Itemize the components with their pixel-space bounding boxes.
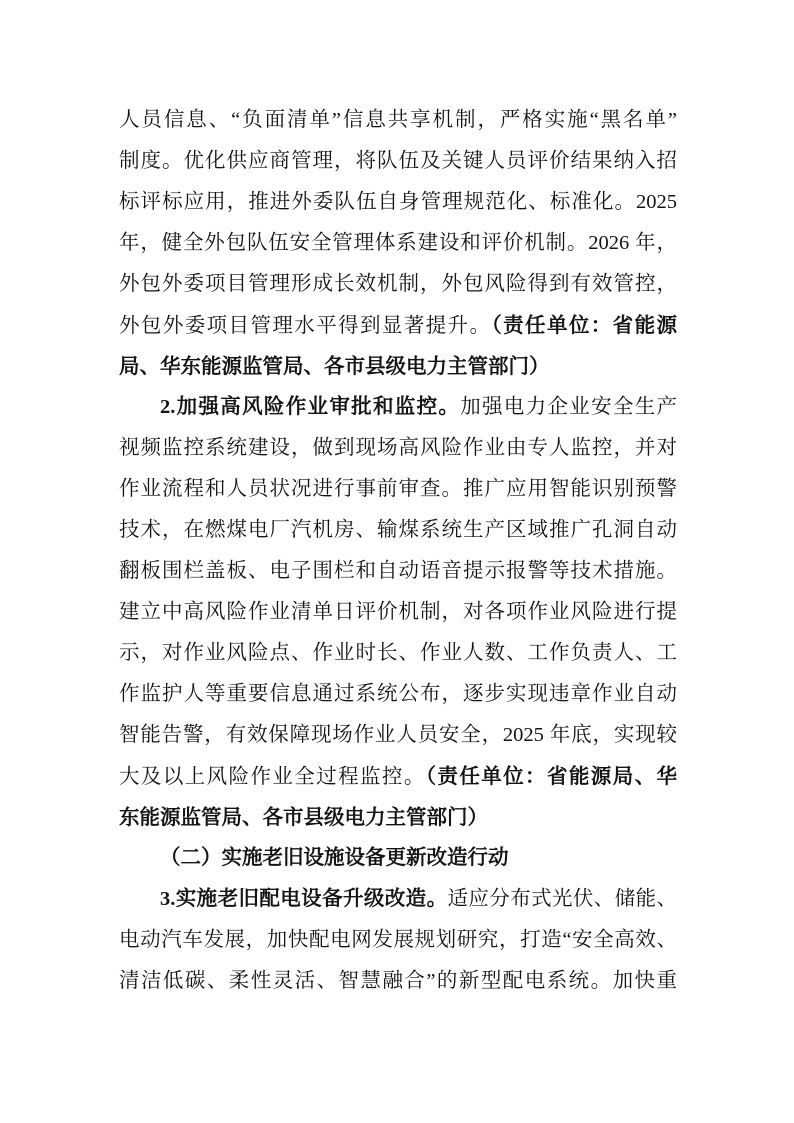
- text-run-body-text: 清洁低碳、柔性灵活、智慧融合”的新型配电系统。加快重: [119, 970, 677, 992]
- text-line: 2.加强高风险作业审批和监控。加强电力企业安全生产: [119, 387, 677, 428]
- text-line: 翻板围栏盖板、电子围栏和自动语音提示报警等技术措施。: [119, 551, 677, 592]
- text-run-body-text: 建立中高风险作业清单日评价机制，对各项作业风险进行提: [119, 601, 677, 623]
- text-line: 局、华东能源监管局、各市县级电力主管部门）: [119, 346, 677, 387]
- text-run-bold-responsibility-unit: 东能源监管局、各市县级电力主管部门）: [119, 806, 488, 829]
- text-line: 视频监控系统建设，做到现场高风险作业由专人监控，并对: [119, 428, 677, 469]
- text-run-body-text: 人员信息、“负面清单”信息共享机制，严格实施“黑名单”: [119, 109, 677, 131]
- text-line: 制度。优化供应商管理，将队伍及关键人员评价结果纳入招: [119, 141, 677, 182]
- text-run-body-text: 作监护人等重要信息通过系统公布，逐步实现违章作业自动: [119, 683, 677, 705]
- text-run-body-text: 制度。优化供应商管理，将队伍及关键人员评价结果纳入招: [119, 150, 677, 172]
- text-run-bold-item-title: 3.实施老旧配电设备升级改造。: [160, 888, 448, 910]
- text-run-body-text: 年，健全外包队伍安全管理体系建设和评价机制。2026 年，: [119, 232, 677, 254]
- text-run-body-text: 电动汽车发展，加快配电网发展规划研究，打造“安全高效、: [119, 929, 677, 951]
- document-page: 人员信息、“负面清单”信息共享机制，严格实施“黑名单”制度。优化供应商管理，将队…: [0, 0, 794, 1123]
- text-line: 清洁低碳、柔性灵活、智慧融合”的新型配电系统。加快重: [119, 961, 677, 1002]
- text-run-section-heading: （二）实施老旧设施设备更新改造行动: [160, 847, 509, 869]
- text-line: 东能源监管局、各市县级电力主管部门）: [119, 797, 677, 838]
- text-run-body-text: 视频监控系统建设，做到现场高风险作业由专人监控，并对: [119, 437, 677, 459]
- text-run-body-text: 外包外委项目管理水平得到显著提升。: [119, 315, 491, 337]
- text-line: 外包外委项目管理水平得到显著提升。（责任单位：省能源: [119, 305, 677, 346]
- text-run-bold-responsibility-unit: （责任单位：省能源局、华: [426, 765, 677, 788]
- text-run-body-text: 适应分布式光伏、储能、: [448, 888, 678, 910]
- text-run-body-text: 加强电力企业安全生产: [460, 396, 677, 418]
- text-line: 人员信息、“负面清单”信息共享机制，严格实施“黑名单”: [119, 100, 677, 141]
- text-line: 示，对作业风险点、作业时长、作业人数、工作负责人、工: [119, 633, 677, 674]
- text-run-body-text: 技术，在燃煤电厂汽机房、输煤系统生产区域推广孔洞自动: [119, 519, 677, 541]
- text-run-body-text: 示，对作业风险点、作业时长、作业人数、工作负责人、工: [119, 642, 677, 664]
- text-run-body-text: 作业流程和人员状况进行事前审查。推广应用智能识别预警: [119, 478, 677, 500]
- text-line: 智能告警，有效保障现场作业人员安全，2025 年底，实现较: [119, 715, 677, 756]
- text-run-body-text: 翻板围栏盖板、电子围栏和自动语音提示报警等技术措施。: [119, 560, 677, 582]
- text-line: 大及以上风险作业全过程监控。（责任单位：省能源局、华: [119, 756, 677, 797]
- text-run-body-text: 大及以上风险作业全过程监控。: [119, 766, 426, 788]
- text-run-bold-responsibility-unit: （责任单位：省能源: [491, 314, 677, 337]
- text-run-body-text: 智能告警，有效保障现场作业人员安全，2025 年底，实现较: [119, 724, 677, 746]
- text-line: 技术，在燃煤电厂汽机房、输煤系统生产区域推广孔洞自动: [119, 510, 677, 551]
- text-line: 建立中高风险作业清单日评价机制，对各项作业风险进行提: [119, 592, 677, 633]
- text-line: （二）实施老旧设施设备更新改造行动: [119, 838, 677, 879]
- text-run-bold-item-title: 2.加强高风险作业审批和监控。: [160, 396, 460, 418]
- text-line: 年，健全外包队伍安全管理体系建设和评价机制。2026 年，: [119, 223, 677, 264]
- text-line: 标评标应用，推进外委队伍自身管理规范化、标准化。2025: [119, 182, 677, 223]
- text-line: 外包外委项目管理形成长效机制，外包风险得到有效管控，: [119, 264, 677, 305]
- text-run-bold-responsibility-unit: 局、华东能源监管局、各市县级电力主管部门）: [119, 355, 550, 378]
- text-line: 3.实施老旧配电设备升级改造。适应分布式光伏、储能、: [119, 879, 677, 920]
- text-run-body-text: 外包外委项目管理形成长效机制，外包风险得到有效管控，: [119, 273, 677, 295]
- text-run-body-text: 标评标应用，推进外委队伍自身管理规范化、标准化。2025: [119, 191, 677, 213]
- document-content: 人员信息、“负面清单”信息共享机制，严格实施“黑名单”制度。优化供应商管理，将队…: [119, 100, 677, 1002]
- text-line: 作业流程和人员状况进行事前审查。推广应用智能识别预警: [119, 469, 677, 510]
- text-line: 作监护人等重要信息通过系统公布，逐步实现违章作业自动: [119, 674, 677, 715]
- text-line: 电动汽车发展，加快配电网发展规划研究，打造“安全高效、: [119, 920, 677, 961]
